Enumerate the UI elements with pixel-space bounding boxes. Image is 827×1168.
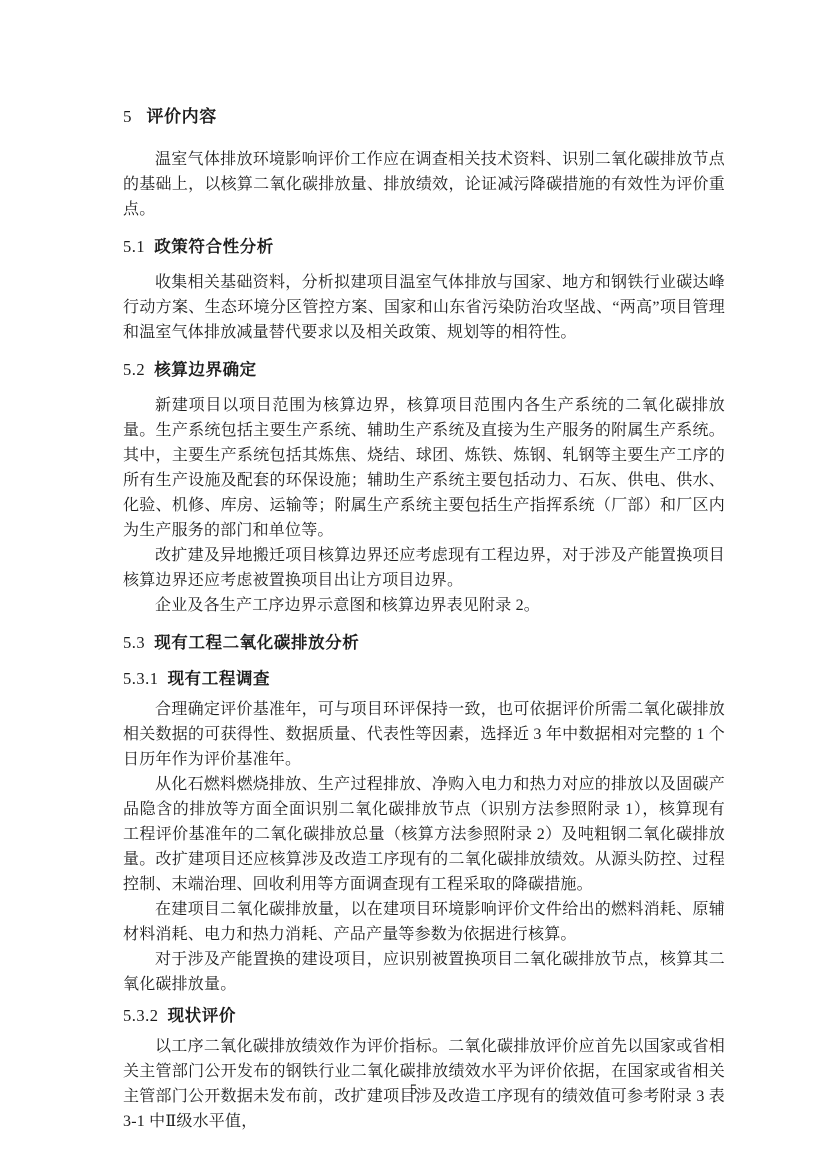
paragraph-2: 收集相关基础资料，分析拟建项目温室气体排放与国家、地方和钢铁行业碳达峰行动方案、… (123, 270, 725, 345)
heading-title: 现有工程二氧化碳排放分析 (154, 634, 359, 652)
paragraph-8: 在建项目二氧化碳排放量，以在建项目环境影响评价文件给出的燃料消耗、原辅材料消耗、… (123, 897, 725, 947)
heading-5: 5评价内容 (123, 104, 725, 129)
paragraph-9: 对于涉及产能置换的建设项目，应识别被置换项目二氧化碳排放节点，核算其二氧化碳排放… (123, 947, 725, 997)
heading-title: 现状评价 (168, 1007, 236, 1025)
heading-number: 5 (123, 107, 132, 126)
page-number: 5 (410, 1082, 418, 1098)
heading-5-1: 5.1政策符合性分析 (123, 234, 725, 260)
paragraph-1: 温室气体排放环境影响评价工作应在调查相关技术资料、识别二氧化碳排放节点的基础上，… (123, 147, 725, 222)
heading-5-3: 5.3现有工程二氧化碳排放分析 (123, 630, 725, 656)
heading-number: 5.3 (123, 633, 145, 652)
paragraph-3: 新建项目以项目范围为核算边界，核算项目范围内各生产系统的二氧化碳排放量。生产系统… (123, 393, 725, 543)
page-footer: 5 (0, 1080, 827, 1100)
heading-number: 5.1 (123, 237, 145, 256)
heading-5-2: 5.2核算边界确定 (123, 357, 725, 383)
paragraph-6: 合理确定评价基准年，可与项目环评保持一致，也可依据评价所需二氧化碳排放相关数据的… (123, 697, 725, 772)
heading-5-3-1: 5.3.1现有工程调查 (123, 666, 725, 692)
heading-title: 政策符合性分析 (154, 238, 274, 256)
heading-number: 5.2 (123, 360, 145, 379)
paragraph-7: 从化石燃料燃烧排放、生产过程排放、净购入电力和热力对应的排放以及固碳产品隐含的排… (123, 772, 725, 897)
heading-title: 评价内容 (146, 107, 216, 126)
document-content: 5评价内容 温室气体排放环境影响评价工作应在调查相关技术资料、识别二氧化碳排放节… (123, 104, 725, 1134)
heading-title: 现有工程调查 (168, 670, 271, 688)
heading-number: 5.3.1 (123, 669, 159, 688)
paragraph-4: 改扩建及异地搬迁项目核算边界还应考虑现有工程边界，对于涉及产能置换项目核算边界还… (123, 543, 725, 593)
document-page: 5评价内容 温室气体排放环境影响评价工作应在调查相关技术资料、识别二氧化碳排放节… (0, 0, 827, 1168)
heading-title: 核算边界确定 (154, 361, 257, 379)
heading-5-3-2: 5.3.2现状评价 (123, 1003, 725, 1029)
paragraph-5: 企业及各生产工序边界示意图和核算边界表见附录 2。 (123, 593, 725, 618)
heading-number: 5.3.2 (123, 1006, 159, 1025)
